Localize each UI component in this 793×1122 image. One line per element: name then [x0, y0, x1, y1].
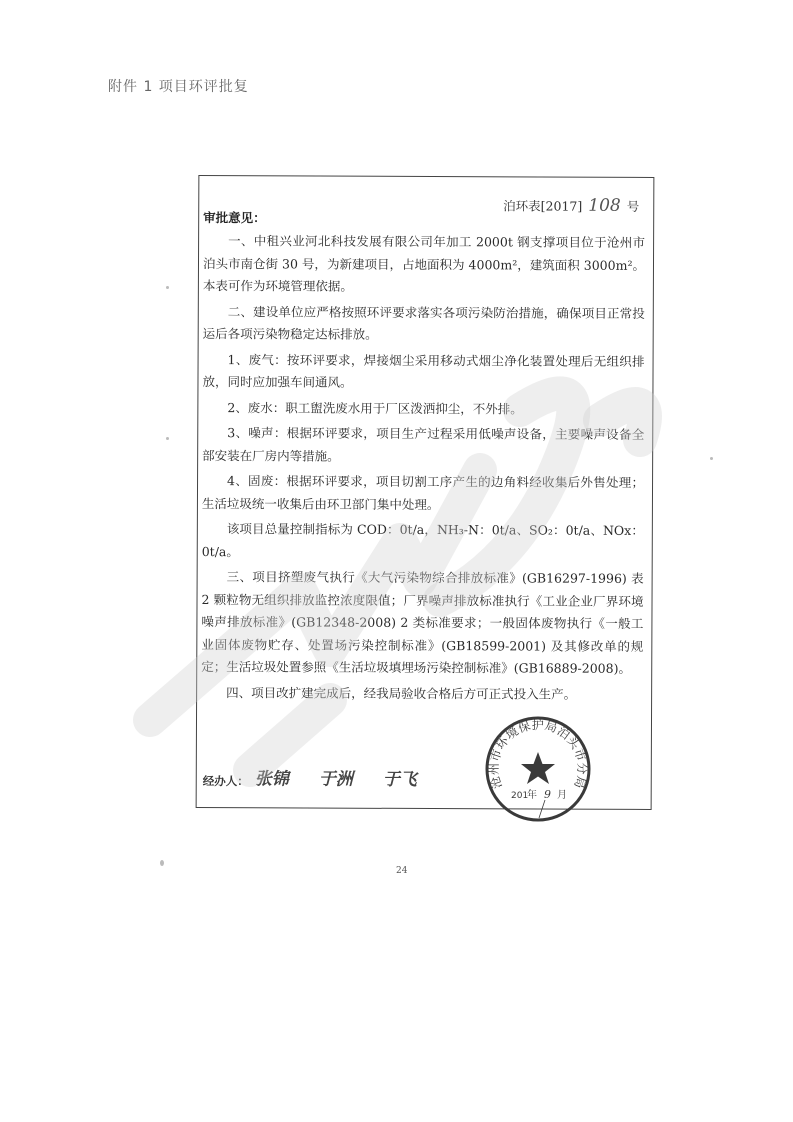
paragraph-project-overview: 一、中租兴业河北科技发展有限公司年加工 2000t 钢支撑项目位于沧州市泊头市南… — [203, 230, 645, 299]
paragraph-solid-waste: 4、固废：根据环评要求，项目切割工序产生的边角料经收集后外售处理；生活垃圾统一收… — [202, 470, 644, 517]
scan-speck — [710, 457, 713, 460]
approval-heading: 审批意见： — [203, 208, 266, 226]
approval-content: 一、中租兴业河北科技发展有限公司年加工 2000t 钢支撑项目位于沧州市泊头市南… — [201, 230, 645, 709]
seal-date-month: 9 — [544, 788, 551, 801]
signature-3: 于飞 — [383, 765, 417, 790]
scan-speck — [160, 860, 164, 866]
scan-speck — [166, 437, 169, 440]
page-number: 24 — [396, 866, 407, 876]
document-number: 泊环表[2017]108号 — [503, 195, 639, 216]
seal-date-year-label: 年 — [527, 788, 537, 801]
paragraph-waste-water: 2、废水：职工盥洗废水用于厂区泼洒抑尘，不外排。 — [202, 397, 644, 421]
scan-speck — [166, 286, 169, 289]
signature-2: 于洲 — [319, 765, 353, 790]
seal-date-year: 201 — [511, 791, 528, 801]
signature-1: 张锦 — [255, 764, 289, 789]
paragraph-total-control: 该项目总量控制指标为 COD：0t/a，NH₃-N：0t/a、SO₂：0t/a、… — [202, 518, 644, 565]
star-icon — [521, 752, 555, 784]
document-number-suffix: 号 — [627, 199, 640, 214]
handler-label: 经办人： — [203, 773, 249, 789]
seal-date-month-label: 月 — [557, 789, 567, 801]
paragraph-pollution-measures: 二、建设单位应严格按照环评要求落实各项污染防治措施，确保项目正常投运后各项污染物… — [203, 301, 645, 348]
document-number-prefix: 泊环表[2017] — [503, 198, 582, 213]
paragraph-noise: 3、噪声：根据环评要求，项目生产过程采用低噪声设备，主要噪声设备全部安装在厂房内… — [202, 422, 644, 469]
paragraph-standards: 三、项目挤塑废气执行《大气污染物综合排放标准》(GB16297-1996) 表 … — [201, 566, 643, 680]
document-number-handwritten: 108 — [588, 196, 621, 216]
paragraph-waste-gas: 1、废气：按环评要求，焊接烟尘采用移动式烟尘净化装置处理后无组织排放，同时应加强… — [202, 349, 644, 396]
official-seal-stamp: 沧州市环境保护局泊头市分局 201 年 9 月 — [483, 714, 593, 824]
handler-signatures: 经办人： 张锦 于洲 于飞 — [203, 764, 417, 790]
paragraph-acceptance: 四、项目改扩建完成后，经我局验收合格后方可正式投入生产。 — [201, 682, 643, 706]
attachment-title: 附件 1 项目环评批复 — [108, 76, 249, 96]
